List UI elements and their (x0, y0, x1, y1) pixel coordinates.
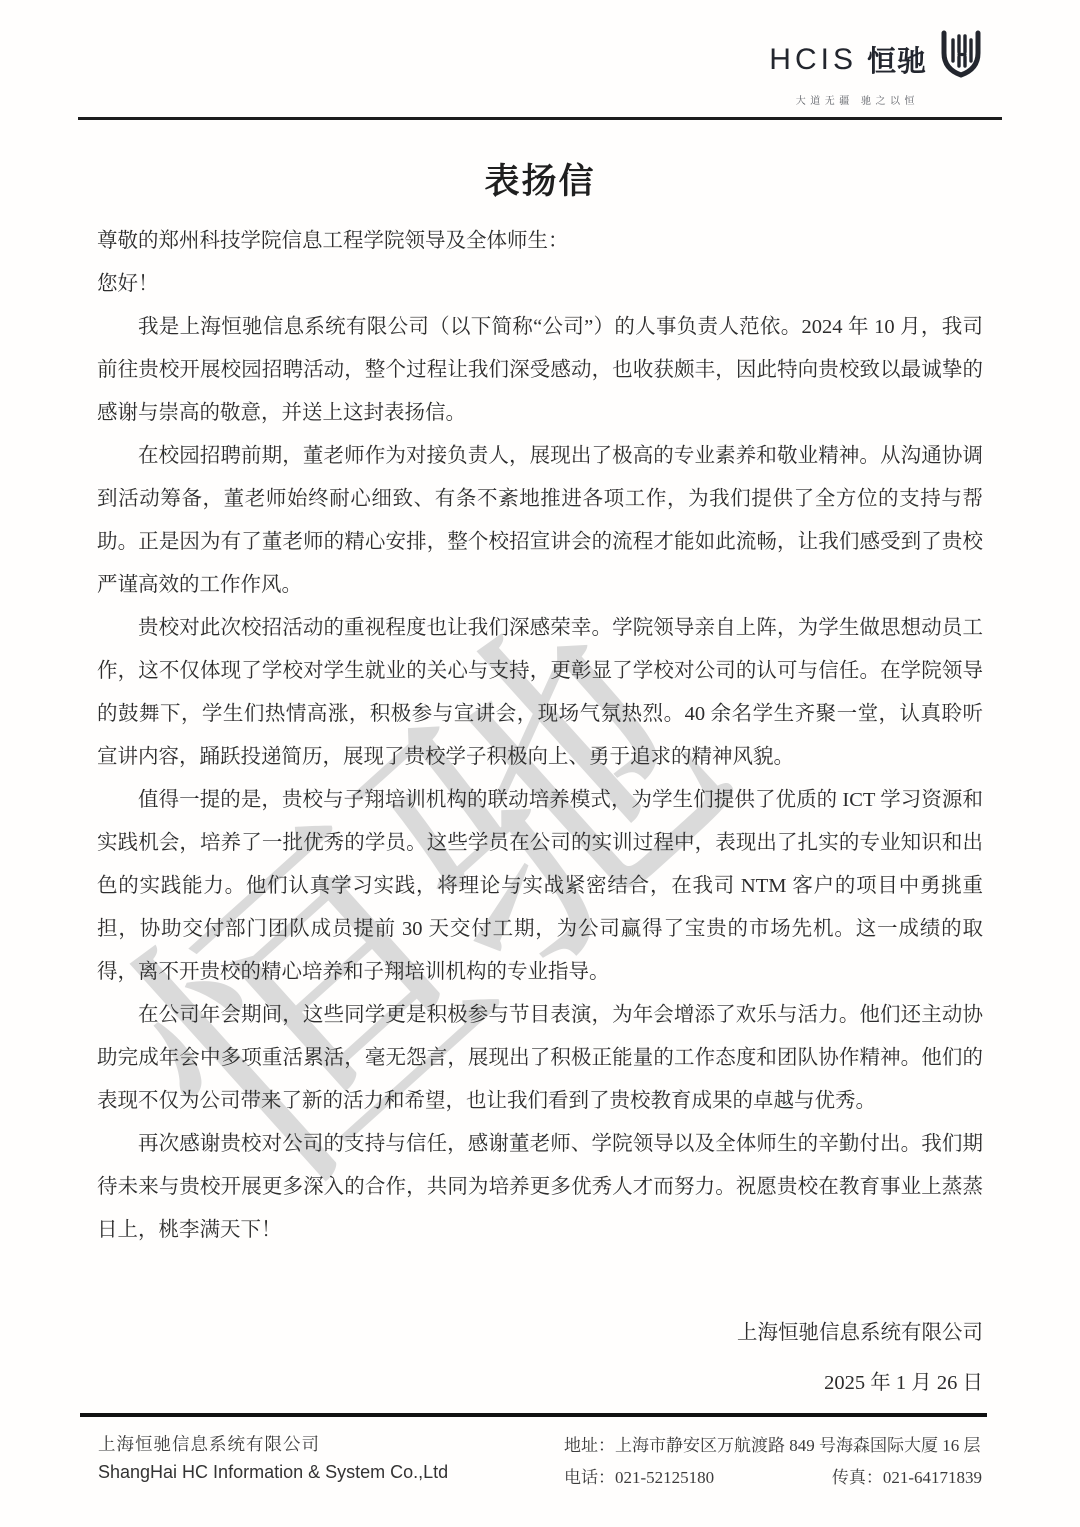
brand-latin-text: HCIS (769, 43, 857, 77)
footer-phone: 电话：021-52125180 (564, 1463, 714, 1488)
address-value: 上海市静安区万航渡路 849 号海森国际大厦 16 层 (615, 1436, 981, 1455)
paragraph: 再次感谢贵校对公司的支持与信任，感谢董老师、学院领导以及全体师生的辛勤付出。我们… (97, 1123, 983, 1252)
fax-value: 021-64171839 (883, 1468, 982, 1487)
company-logo: HCIS 恒驰 (95, 30, 985, 107)
page-footer: 上海恒驰信息系统有限公司 ShangHai HC Information & S… (80, 1413, 987, 1488)
brand-chinese-text: 恒驰 (867, 39, 927, 80)
phone-label: 电话： (564, 1468, 615, 1487)
footer-address: 地址：上海市静安区万航渡路 849 号海森国际大厦 16 层 (564, 1431, 982, 1456)
shield-logo-icon (937, 30, 985, 89)
letter-title: 表扬信 (0, 154, 1080, 204)
paragraph: 贵校对此次校招活动的重视程度也让我们深感荣幸。学院领导亲自上阵，为学生做思想动员… (97, 607, 983, 779)
signature-date: 2025 年 1 月 26 日 (97, 1358, 983, 1408)
footer-fax: 传真：021-64171839 (832, 1463, 982, 1488)
paragraph: 在校园招聘前期，董老师作为对接负责人，展现出了极高的专业素养和敬业精神。从沟通协… (97, 435, 983, 607)
salutation: 尊敬的郑州科技学院信息工程学院领导及全体师生： (97, 220, 983, 263)
greeting: 您好！ (97, 263, 983, 306)
footer-company-block: 上海恒驰信息系统有限公司 ShangHai HC Information & S… (98, 1431, 448, 1488)
address-label: 地址： (564, 1436, 615, 1455)
paragraph: 值得一提的是，贵校与子翔培训机构的联动培养模式，为学生们提供了优质的 ICT 学… (97, 779, 983, 994)
page-header: HCIS 恒驰 (0, 0, 1080, 120)
paragraph: 我是上海恒驰信息系统有限公司（以下简称“公司”）的人事负责人范依。2024 年 … (97, 306, 983, 435)
brand-tagline: 大道无疆 驰之以恒 (796, 92, 985, 107)
footer-contact-block: 地址：上海市静安区万航渡路 849 号海森国际大厦 16 层 电话：021-52… (564, 1431, 982, 1488)
signature-company: 上海恒驰信息系统有限公司 (97, 1308, 983, 1358)
letter-body: 尊敬的郑州科技学院信息工程学院领导及全体师生： 您好！ 我是上海恒驰信息系统有限… (0, 220, 1080, 1252)
header-divider (78, 117, 1002, 120)
footer-company-en: ShangHai HC Information & System Co.,Ltd (98, 1462, 448, 1483)
signature-block: 上海恒驰信息系统有限公司 2025 年 1 月 26 日 (0, 1308, 1080, 1408)
footer-company-cn: 上海恒驰信息系统有限公司 (98, 1431, 448, 1456)
phone-value: 021-52125180 (615, 1468, 714, 1487)
fax-label: 传真： (832, 1468, 883, 1487)
letter-page: 恒驰 HCIS 恒驰 (0, 0, 1080, 1527)
paragraph: 在公司年会期间，这些同学更是积极参与节目表演，为年会增添了欢乐与活力。他们还主动… (97, 994, 983, 1123)
